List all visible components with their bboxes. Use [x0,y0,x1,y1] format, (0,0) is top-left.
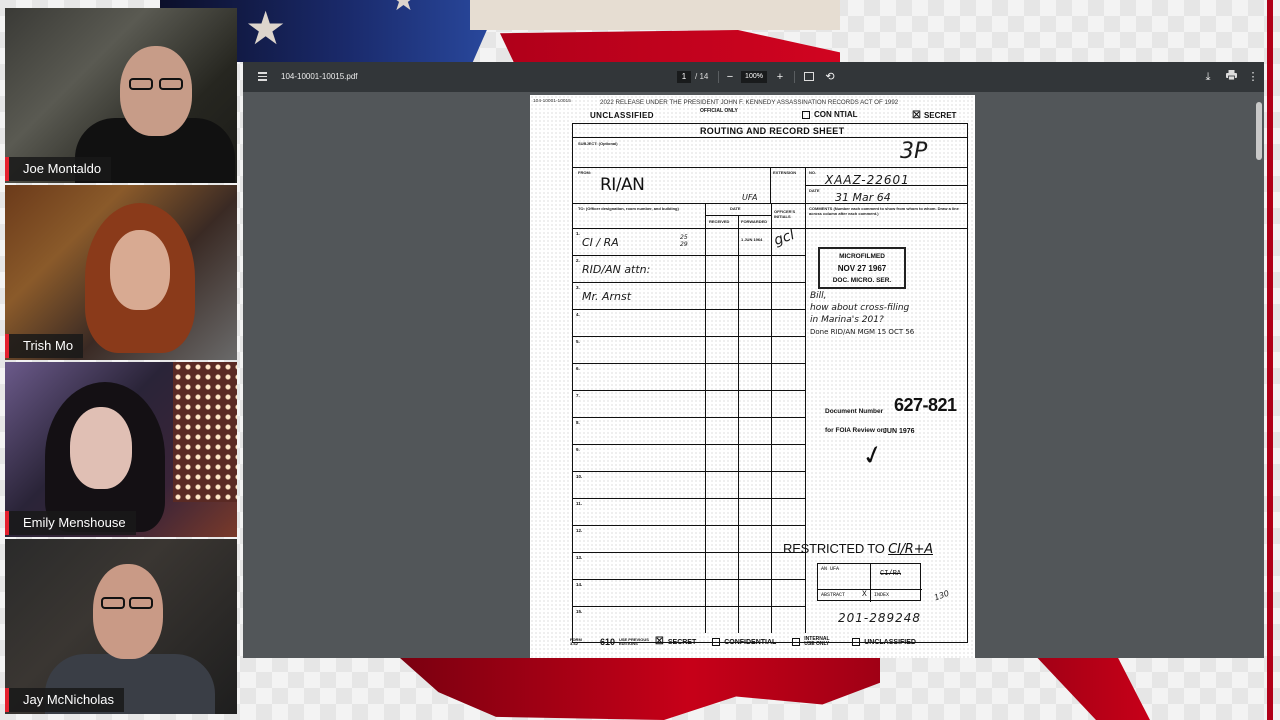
ufa-note: UFA [742,193,757,202]
foia-label: for FOIA Review on [825,427,885,434]
stamp-date: NOV 27 1967 [820,263,904,275]
form-line [572,228,968,229]
participant-video [93,564,163,659]
restricted-label: RESTRICTED TO [783,541,885,556]
form-line [705,203,706,633]
row-number: 3. [576,285,580,290]
form-line [771,203,772,633]
form-line [805,167,806,633]
label-date-col: DATE [730,206,741,211]
classification-unclassified: UNCLASSIFIED [590,111,654,120]
toolbar-divider [718,71,719,83]
box-line [870,564,871,602]
scrollbar-thumb[interactable] [1256,102,1262,160]
row-divider [572,471,805,472]
participant-video [173,362,237,502]
label-no: NO. [809,170,816,175]
routing-to: CI / RA [582,236,619,249]
comment-line: Bill, [810,290,914,302]
checkbox-icon [802,111,810,119]
form-line [738,215,739,633]
participant-name: Emily Menshouse [5,511,136,535]
checkbox-icon [712,638,720,646]
menu-icon[interactable] [255,70,269,84]
comment-line: Done RID/AN MGM 15 OCT 56 [810,326,914,338]
row-divider [572,579,805,580]
participant-tile[interactable]: Joe Montaldo [5,8,237,183]
flag-star-icon: ★ [390,0,417,16]
date-value: 31 Mar 64 [835,191,891,204]
participant-name: Jay McNicholas [5,688,124,712]
row-divider [572,498,805,499]
form-label: FORM 3-62 [570,638,584,646]
toolbar-divider [794,71,795,83]
stamp-line: MICROFILMED [820,251,904,263]
label-received: RECEIVED [709,219,729,224]
row-divider [572,606,805,607]
participant-name: Joe Montaldo [5,157,111,181]
row-number: 10. [576,474,582,479]
flag-cream-stripe [470,0,840,30]
checked-box-icon: ☒ [655,636,664,647]
comment-line: in Marina's 201? [810,314,914,326]
print-icon[interactable] [1224,70,1238,84]
row-divider [572,444,805,445]
row-divider [572,552,805,553]
prev-editions: USE PREVIOUS EDITIONS [619,638,649,646]
fit-page-icon[interactable] [802,70,816,84]
abstract-mark: X [862,590,867,599]
participant-video [70,407,132,489]
routing-to: RID/AN attn: [582,263,650,276]
restricted-value: CI/R+A [888,542,933,557]
stamp-line: DOC. MICRO. SER. [820,275,904,287]
glasses-icon [129,78,153,90]
from-value: RI/AN [600,175,644,195]
struck-routing: CI/RA [880,570,901,578]
form-line [572,137,968,138]
routing-to: Mr. Arnst [582,290,631,303]
bottom-unclassified: UNCLASSIFIED [852,638,916,646]
participant-tile[interactable]: Trish Mo [5,185,237,360]
foia-date: JUN 1976 [883,428,915,435]
row-number: 9. [576,447,580,452]
handwritten-comment: Bill, how about cross-filing in Marina's… [810,290,914,338]
label-extension: EXTENSION [773,170,796,175]
row-number: 6. [576,366,580,371]
row-number: 4. [576,312,580,317]
document-number-label: Document Number [825,408,883,415]
more-options-icon[interactable]: ⋮ [1246,70,1260,84]
checkbox-icon [852,638,860,646]
row-number: 11. [576,501,582,506]
zoom-in-icon[interactable]: + [773,70,787,84]
bottom-confidential: CONFIDENTIAL [712,638,776,646]
an-label: AN UFA [821,566,839,572]
row-divider [572,336,805,337]
bottom-internal-use: INTERNAL USE ONLY [792,637,836,647]
rotate-icon[interactable]: ⟲ [823,70,837,84]
glasses-icon [129,597,153,609]
row-number: 5. [576,339,580,344]
participant-tile[interactable]: Emily Menshouse [5,362,237,537]
label-subject: SUBJECT: (Optional) [578,141,618,146]
row-number: 14. [576,582,582,587]
handwritten-3p: 3P [900,139,927,164]
microfilmed-stamp: MICROFILMED NOV 27 1967 DOC. MICRO. SER. [818,247,906,289]
form-number: 610 [600,637,615,647]
zoom-out-icon[interactable]: − [723,70,737,84]
label-officers-initials: OFFICER'S INITIALS [774,209,804,219]
comment-line: how about cross-filing [810,302,914,314]
row-number: 2. [576,258,580,263]
participant-name: Trish Mo [5,334,83,358]
checkbox-icon [792,638,800,646]
routing-date-note: 25 29 [680,234,690,248]
bottom-secret: ☒SECRET [655,636,696,647]
flag-red-stripe-right [1030,650,1150,720]
document-number: 627-821 [894,395,957,416]
row-divider [572,255,805,256]
page-total: / 14 [695,72,708,81]
row-number: 7. [576,393,580,398]
participant-tile[interactable]: Jay McNicholas [5,539,237,714]
row-divider [572,417,805,418]
flag-edge-stripe [1267,0,1273,720]
label-date: DATE [809,188,820,193]
classification-official-only: OFFICIAL ONLY [700,108,738,114]
zoom-level-input[interactable]: 100% [741,71,767,83]
label-to: TO: (Officer designation, room number, a… [578,206,698,211]
vertical-scrollbar[interactable] [1254,92,1264,658]
index-label: INDEX [874,592,889,598]
restricted-to: RESTRICTED TO CI/R+A [783,541,933,557]
release-header: 2022 RELEASE UNDER THE PRESIDENT JOHN F.… [600,99,898,106]
classification-secret: ☒SECRET [912,110,956,121]
label-comments: COMMENTS (Number each comment to show fr… [809,206,965,216]
bottom-classification-bar: FORM 3-62 610 USE PREVIOUS EDITIONS ☒SEC… [570,636,930,647]
form-line [572,203,968,204]
pdf-toolbar: 104-10001-10015.pdf 1 / 14 − 100% + ⟲ ⤓ … [243,62,1264,92]
page-number-input[interactable]: 1 [677,71,691,83]
row-number: 8. [576,420,580,425]
form-line [770,167,771,203]
row-divider [572,363,805,364]
participant-video [110,230,170,310]
pdf-filename: 104-10001-10015.pdf [281,72,358,81]
row-divider [572,282,805,283]
participant-video [120,46,192,136]
form-title: ROUTING AND RECORD SHEET [700,126,844,136]
row-number: 13. [576,555,582,560]
label-forwarded: FORWARDED [741,219,767,224]
abstract-label: ABSTRACT [821,592,845,598]
file-number: 201-289248 [838,611,921,625]
row-number: 1. [576,231,580,236]
flag-red-stripe-bottom [400,658,880,720]
pdf-viewer: 104-10001-10015.pdf 1 / 14 − 100% + ⟲ ⤓ … [243,62,1264,658]
checked-box-icon: ☒ [912,110,921,121]
row-divider [572,390,805,391]
routing-forwarded: 1 JUN 1964 [741,238,767,242]
row-number: 15. [576,609,582,614]
download-icon[interactable]: ⤓ [1201,70,1215,84]
flag-star-icon: ★ [245,5,286,51]
flag-red-stripe-top [500,30,840,62]
row-number: 12. [576,528,582,533]
label-from: FROM: [578,170,591,175]
abstract-index-box: AN UFA CI/RA ABSTRACT X INDEX [817,563,921,601]
row-divider [572,525,805,526]
form-line [705,215,771,216]
no-value: XAAZ-22601 [825,173,910,187]
glasses-icon [101,597,125,609]
pdf-page: 104-10001-10015 2022 RELEASE UNDER THE P… [530,95,975,658]
row-divider [572,309,805,310]
doc-id: 104-10001-10015 [533,99,571,104]
glasses-icon [159,78,183,90]
classification-confidential: CON NTIAL [802,110,858,119]
